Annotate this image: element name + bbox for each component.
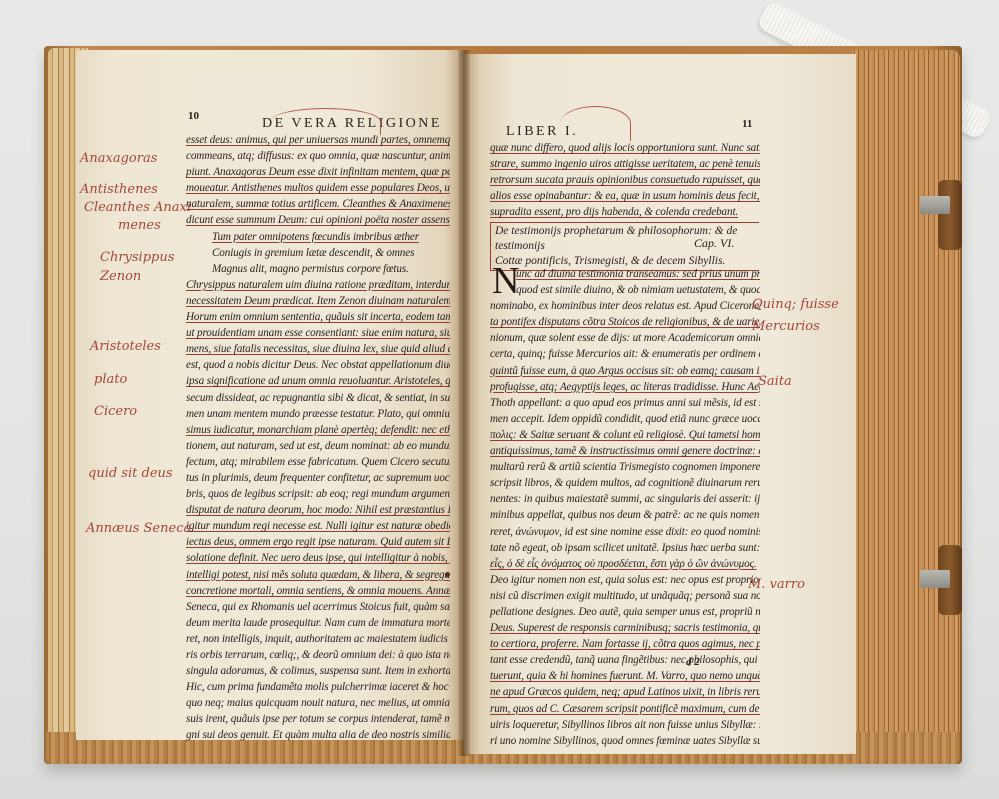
margin-annotation: Zenon [100,270,141,284]
text-line: minibus appellat, quibus nos deum & patr… [490,507,760,523]
text-line: tate nõ egeat, ob ipsam scilicet unitatẽ… [490,540,760,556]
ink-arc [270,108,381,135]
text-line: Tum pater omnipotens fœcundis imbribus æ… [186,229,450,245]
clasp-upper [938,180,962,250]
text-line: men accepit. Idem oppidũ condidit, quod … [490,411,760,427]
right-page-edges [852,50,960,750]
right-page-text-top: quæ nunc differo, quod alijs locis oppor… [490,140,760,220]
text-line: est, quod a nobis dicitur Deus. Nec obst… [186,357,450,373]
text-line: Chrysippus naturalem uim diuina ratione … [186,277,450,293]
text-line: solatione definit. Nec uero deus ipse, q… [186,550,450,566]
text-line: mens, siue fatalis necessitas, siue diui… [186,341,450,357]
text-line: unc ad diuina testimonia transeamus: sed… [490,266,760,282]
text-line: ta pontifex disputans cõtra Stoicos de r… [490,314,760,330]
text-line: ri uno nomine Sibyllinos, quod omnes fœm… [490,733,760,749]
text-line: Deo igitur nomen non est, quia solus est… [490,572,760,588]
text-line: tuerunt, quia & hi homines fuerunt. M. V… [490,668,760,684]
text-line: dicunt esse summum Deum: cui opinioni po… [186,212,450,228]
left-page-text: esset deus: animus, qui per uniuersas mu… [186,132,450,744]
margin-annotation: Mercurios [752,320,820,334]
text-line: commeans, atq; diffusus: ex quo omnia, q… [186,148,450,164]
text-line: quæ nunc differo, quod alijs locis oppor… [490,140,760,156]
text-line: ipsa significatione ad unum omnia reuolu… [186,373,450,389]
text-line: suis irent, quãuis ipse per totum se cor… [186,711,450,727]
text-line: Hic, cum prima fundamẽta molis pulcherri… [186,679,450,695]
text-line: disputat de natura deorum, hoc modo: Nih… [186,502,450,518]
text-line: concretione mortali, omnia sentiens, & o… [186,583,450,599]
margin-annotation: plato [94,373,127,387]
text-line: supradita essent, pro dijs habenda, & co… [490,204,760,220]
text-line: εἷς, ὁ δὲ εἷς ὀνόματος οὐ προσδέεται, ἔσ… [490,556,760,572]
text-line: ne apud Græcos quidem, neq; apud Latinos… [490,684,760,700]
text-line: ris orbis terrarum, cœliq;, & deorũ omni… [186,647,450,663]
text-line: simus iudicatur, monarchiam planè apertè… [186,422,450,438]
text-line: nominabo, ex hominibus inter deos relatu… [490,298,760,314]
margin-annotation: quid sit deus [88,467,173,481]
text-line: πολις: & Saitæ seruant & colunt eũ relig… [490,427,760,443]
text-line: Seneca, qui ex Rhomanis uel acerrimus St… [186,599,450,615]
margin-annotation: Antisthenes [80,183,158,197]
text-line: piunt. Anaxagoras Deum esse dixit infini… [186,164,450,180]
text-line: bris, quos de legibus scripsit: ab eoq; … [186,486,450,502]
margin-annotation: Annæus Seneca [86,522,191,536]
text-line: retrorsum sucata prauis opinionibus cons… [490,172,760,188]
margin-annotation: Cicero [94,405,137,419]
right-folio: 11 [742,118,752,130]
margin-annotation: Aristoteles [90,340,161,354]
text-line: multarũ rerũ & artiũ scientia Trismegist… [490,459,760,475]
text-line: profugisse, atq; Aegyptijs leges, ac lit… [490,379,760,395]
ink-spot [445,572,450,577]
text-line: to certiora, proferre. Nam fortasse ij, … [490,636,760,652]
text-line: Thoth appellant: a quo apud eos primus a… [490,395,760,411]
margin-annotation: Saita [758,375,792,389]
text-line: pellatione designes. Deo autẽ, quia semp… [490,604,760,620]
margin-annotation: Chrysippus [100,251,174,265]
signature-mark: d 2 [686,656,700,668]
text-line: esset deus: animus, qui per uniuersas mu… [186,132,450,148]
text-line: fectum, atq; mirabilem esse fabricatum. … [186,454,450,470]
text-line: naturalem, summæ totius artificem. Clean… [186,196,450,212]
text-line: Horum enim omnium sententia, quãuis sit … [186,309,450,325]
text-line: strare, summo ingenio uiros attigisse ue… [490,156,760,172]
text-line: intelligi potest, nisi mẽs soluta quædam… [186,567,450,583]
text-line: singula adoramus, & colimus, suspensa su… [186,663,450,679]
clasp-lower-metal [920,570,950,588]
right-page-text: unc ad diuina testimonia transeamus: sed… [490,266,760,749]
text-line: quintũ fuisse eum, à quo Argus occisus s… [490,363,760,379]
text-line: reret, ἀνώνυμον, id est sine nomine esse… [490,524,760,540]
text-line: moueatur. Antisthenes multos quidem esse… [186,180,450,196]
text-line: nisi cũ discrimen exigit multitudo, ut u… [490,588,760,604]
text-line: Deus. Superest de responsis carminibusq;… [490,620,760,636]
text-line: necessitatem Deum prædicat. Item Zenon d… [186,293,450,309]
margin-annotation: M. varro [748,578,805,592]
text-line: tionem, aut naturam, sed ut est, deum no… [186,438,450,454]
text-line: nentes: in quibus maiestatẽ summi, ac si… [490,491,760,507]
text-line: secum dissideat, ac repugnantia sibi & d… [186,390,450,406]
text-line: rum, quos ad C. Cæsarem scripsit pontifi… [490,701,760,717]
text-line: scripsit libros, & quidem multos, ad cog… [490,475,760,491]
chapter-label: Cap. VI. [694,236,734,251]
left-folio: 10 [188,110,199,122]
text-line: uiris loqueretur, Sibyllinos libros ait … [490,717,760,733]
text-line: nionum, quæ solent esse de dijs: ut more… [490,330,760,346]
text-line: igitur mundum regi necesse est. Nulli ig… [186,518,450,534]
text-line: quo neq; maius quicquam nouit natura, ne… [186,695,450,711]
text-line: men unam mentem mundo præesse testatur. … [186,406,450,422]
ink-arc [560,106,631,141]
text-line: iectus deus, omnem ergo regit ipse natur… [186,534,450,550]
margin-annotation: Quinq; fuisse [752,298,839,312]
text-line: gni sui deos genuit. Et quàm multa alia … [186,727,450,743]
text-line: alios esse opinabantur: & ea, quæ in usu… [490,188,760,204]
text-line: Magnus alit, magno permistus corpore fœt… [186,261,450,277]
text-line: Coniugis in gremium lætæ descendit, & om… [186,245,450,261]
text-line: certa, quinq; fuisse Mercurios ait: & en… [490,346,760,362]
text-line: deum merita laude prosequitur. Nam cum d… [186,615,450,631]
text-line: tant esse credendũ, tanq̃ uana fingẽtibu… [490,652,760,668]
text-line: antiquissimus, tamẽ & instructissimus om… [490,443,760,459]
clasp-upper-metal [920,196,950,214]
text-line: quod est simile diuino, & ob nimiam uetu… [490,282,760,298]
margin-annotation: Anaxagoras [80,152,157,166]
margin-annotation: menes [118,219,161,233]
text-line: ret, non intelligis, inquit, authoritate… [186,631,450,647]
margin-annotation: Cleanthes Anaxi [84,201,191,215]
text-line: ut prouidentiam unam esse consentiant: s… [186,325,450,341]
text-line: tus in plurimis, deum frequenter confite… [186,470,450,486]
book-gutter [458,50,470,756]
